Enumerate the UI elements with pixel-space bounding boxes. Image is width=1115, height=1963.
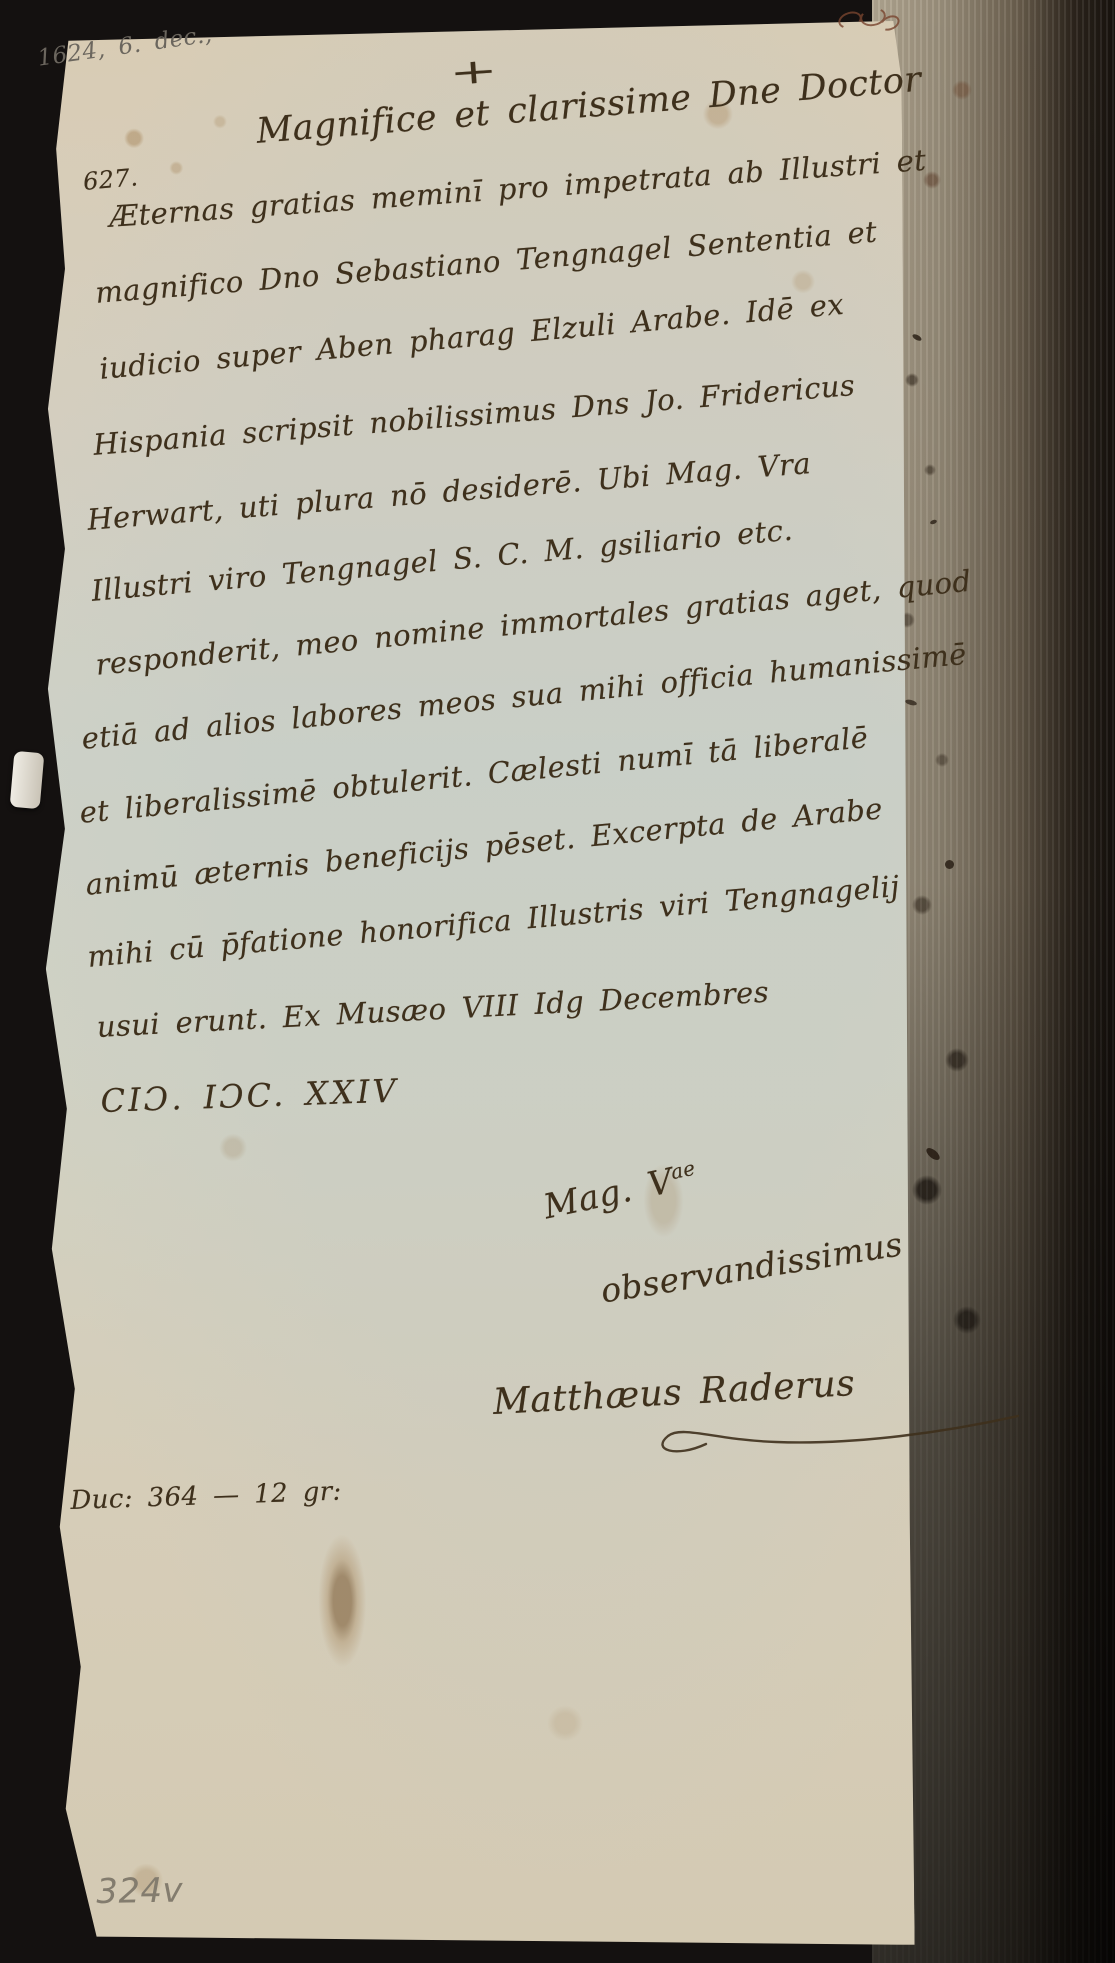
cropped-marginal-scribble bbox=[836, 4, 900, 46]
folio-number: 324v bbox=[96, 1870, 183, 1912]
cross-mark: + bbox=[448, 51, 500, 94]
closing-superscript: ae bbox=[669, 1156, 698, 1185]
ink-fleck bbox=[945, 860, 954, 869]
signature-flourish bbox=[556, 1392, 1026, 1462]
scanned-manuscript-page: 1624, 6. dec., + Magnifice et clarissime… bbox=[0, 0, 1115, 1963]
binding-clip bbox=[10, 751, 45, 809]
record-number: 627. bbox=[82, 163, 139, 196]
